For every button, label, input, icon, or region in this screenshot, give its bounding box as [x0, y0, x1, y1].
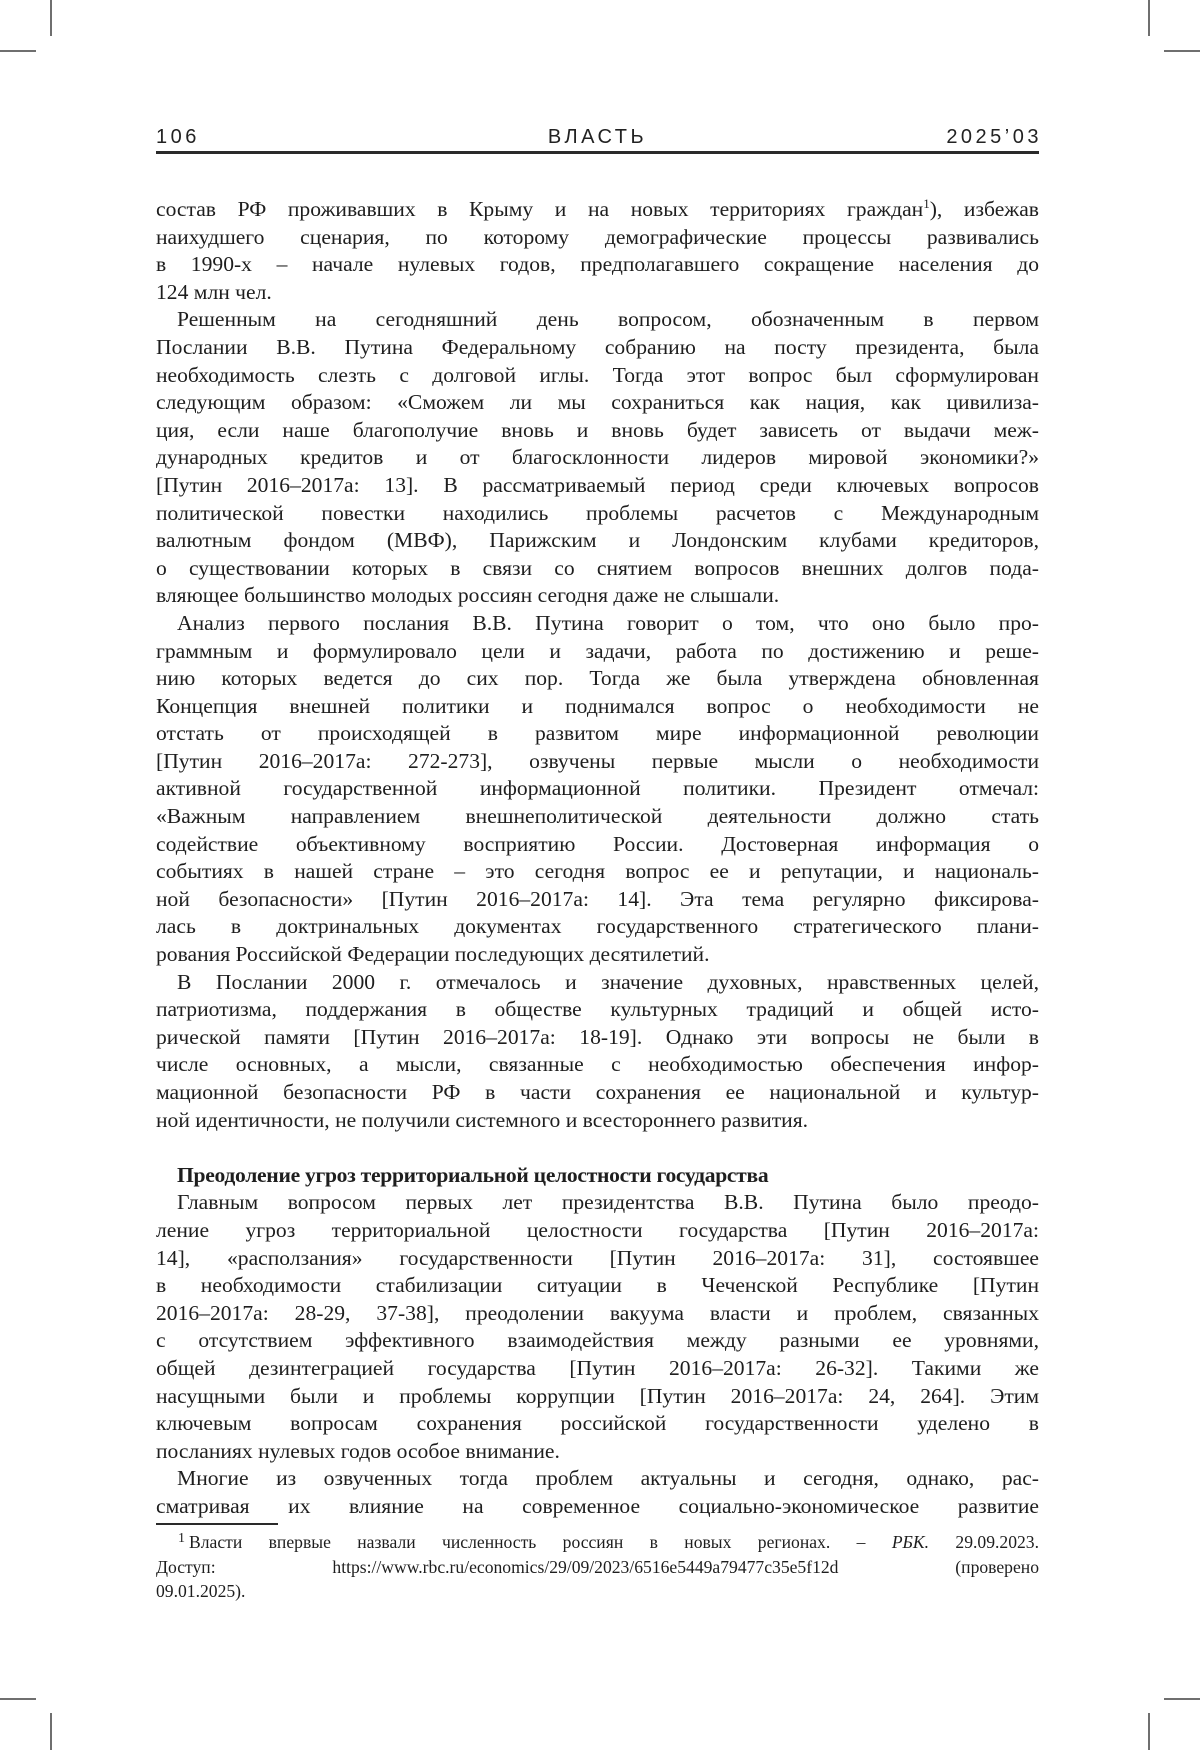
- footnote-access-label: Доступ:: [156, 1557, 216, 1577]
- text-line: ной идентичности, не получили системного…: [156, 1107, 1039, 1135]
- text-line: сматривая их влияние на современное соци…: [156, 1493, 1039, 1521]
- text-line: рической памяти [Путин 2016–2017а: 18-19…: [156, 1024, 1039, 1052]
- text-line: 2016–2017а: 28-29, 37-38], преодолении в…: [156, 1300, 1039, 1328]
- text-line: активной государственной информационной …: [156, 775, 1039, 803]
- section-heading: Преодоление угроз территориальной целост…: [156, 1162, 1039, 1190]
- footnote-reference[interactable]: 1: [923, 196, 930, 211]
- text-line: 14], «расползания» государственности [Пу…: [156, 1245, 1039, 1273]
- crop-mark-top-left-horizontal: [0, 50, 36, 52]
- footnote-checked: (проверено: [955, 1557, 1039, 1577]
- text-line: с отсутствием эффективного взаимодействи…: [156, 1327, 1039, 1355]
- text-line: Анализ первого послания В.В. Путина гово…: [156, 610, 1039, 638]
- crop-mark-bottom-right-horizontal: [1164, 1698, 1200, 1700]
- section-spacer: [156, 1134, 1039, 1162]
- text-line: необходимость слезть с долговой иглы. То…: [156, 362, 1039, 390]
- text-line: В Послании 2000 г. отмечалось и значение…: [156, 969, 1039, 997]
- text-line: граммным и формулировало цели и задачи, …: [156, 638, 1039, 666]
- footnote-rule: [156, 1523, 278, 1525]
- text-line: 124 млн чел.: [156, 279, 1039, 307]
- text-line: отстать от происходящей в развитом мире …: [156, 720, 1039, 748]
- text-line: в необходимости стабилизации ситуации в …: [156, 1272, 1039, 1300]
- text-line: следующим образом: «Сможем ли мы сохрани…: [156, 389, 1039, 417]
- footnote-source: РБК.: [892, 1532, 929, 1552]
- text-line: «Важным направлением внешнеполитической …: [156, 803, 1039, 831]
- text-line: содействие объективному восприятию Росси…: [156, 831, 1039, 859]
- text-line: дународных кредитов и от благосклонности…: [156, 444, 1039, 472]
- footnote-date: 29.09.2023.: [955, 1532, 1039, 1552]
- text-line: валютным фондом (МВФ), Парижским и Лондо…: [156, 527, 1039, 555]
- text-line: общей дезинтеграцией государства [Путин …: [156, 1355, 1039, 1383]
- journal-title: ВЛАСТЬ: [156, 126, 1039, 149]
- text-line: Концепция внешней политики и поднимался …: [156, 693, 1039, 721]
- text-line: ление угроз территориальной целостности …: [156, 1217, 1039, 1245]
- footnote-title: Власти впервые назвали численность росси…: [189, 1532, 865, 1552]
- text-line: в 1990-х – начале нулевых годов, предпол…: [156, 251, 1039, 279]
- crop-mark-bottom-left-vertical: [50, 1713, 52, 1750]
- footnote-line: 1Власти впервые назвали численность росс…: [156, 1530, 1039, 1555]
- text-line: ция, если наше благополучие вновь и внов…: [156, 417, 1039, 445]
- text-line: нию которых ведется до сих пор. Тогда же…: [156, 665, 1039, 693]
- crop-mark-top-left-vertical: [50, 0, 52, 36]
- footnote-line: Доступ: https://www.rbc.ru/economics/29/…: [156, 1555, 1039, 1580]
- text-line: ключевым вопросам сохранения российской …: [156, 1410, 1039, 1438]
- issue-number: 2025’03: [946, 126, 1042, 149]
- text-line: посланиях нулевых годов особое внимание.: [156, 1438, 1039, 1466]
- header-rule: [156, 151, 1039, 154]
- crop-mark-bottom-right-vertical: [1148, 1713, 1150, 1750]
- text-line: [Путин 2016–2017а: 13]. В рассматриваемы…: [156, 472, 1039, 500]
- text-line: лась в доктринальных документах государс…: [156, 913, 1039, 941]
- text-line: Многие из озвученных тогда проблем актуа…: [156, 1465, 1039, 1493]
- text-line: мационной безопасности РФ в части сохран…: [156, 1079, 1039, 1107]
- text-line: Решенным на сегодняшний день вопросом, о…: [156, 306, 1039, 334]
- text-line: рования Российской Федерации последующих…: [156, 941, 1039, 969]
- footnote-checked-date: 09.01.2025).: [156, 1581, 245, 1601]
- crop-mark-top-right-vertical: [1148, 0, 1150, 36]
- crop-mark-bottom-left-horizontal: [0, 1698, 36, 1700]
- text-line: числе основных, а мысли, связанные с нео…: [156, 1051, 1039, 1079]
- text-line: политической повестки находились проблем…: [156, 500, 1039, 528]
- article-body: состав РФ проживавших в Крыму и на новых…: [156, 196, 1039, 1521]
- text-line: состав РФ проживавших в Крыму и на новых…: [156, 196, 1039, 224]
- crop-mark-top-right-horizontal: [1164, 50, 1200, 52]
- text-line: вляющее большинство молодых россиян сего…: [156, 582, 1039, 610]
- footnotes: 1Власти впервые назвали численность росс…: [156, 1530, 1039, 1604]
- text-line: Главным вопросом первых лет президентств…: [156, 1189, 1039, 1217]
- text-line: ной безопасности» [Путин 2016–2017а: 14]…: [156, 886, 1039, 914]
- text-line: насущными были и проблемы коррупции [Пут…: [156, 1383, 1039, 1411]
- text-line: Послании В.В. Путина Федеральному собран…: [156, 334, 1039, 362]
- footnote-number: 1: [178, 1531, 185, 1546]
- text-line: о существовании которых в связи со сняти…: [156, 555, 1039, 583]
- text-line: наихудшего сценария, по которому демогра…: [156, 224, 1039, 252]
- footnote-line: 09.01.2025).: [156, 1579, 1039, 1604]
- running-header: 106 ВЛАСТЬ 2025’03: [156, 124, 1039, 154]
- footnote-url[interactable]: https://www.rbc.ru/economics/29/09/2023/…: [332, 1557, 838, 1577]
- text-line: событиях в нашей стране – это сегодня во…: [156, 858, 1039, 886]
- text-line: патриотизма, поддержания в обществе куль…: [156, 996, 1039, 1024]
- text-line: [Путин 2016–2017а: 272-273], озвучены пе…: [156, 748, 1039, 776]
